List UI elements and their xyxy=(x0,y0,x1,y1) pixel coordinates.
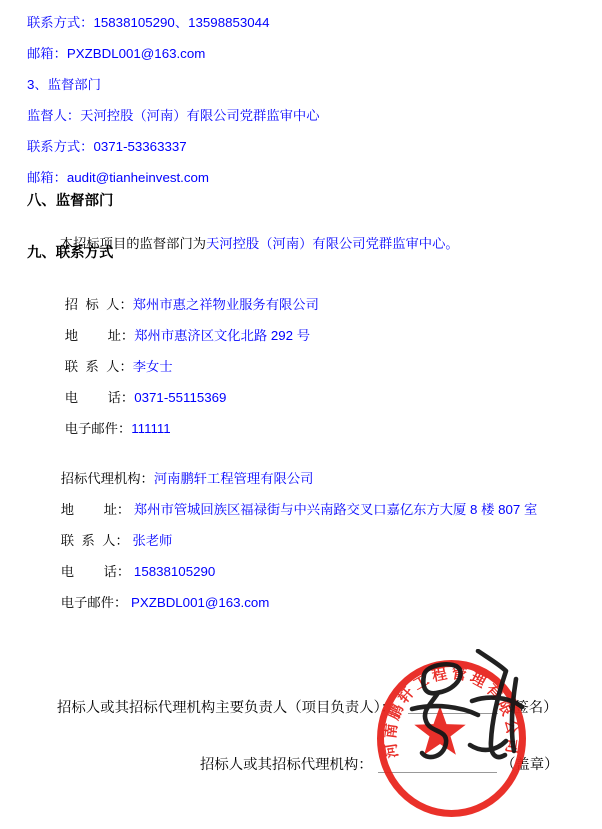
row-value: 张老师 xyxy=(129,533,173,548)
row-value: 李女士 xyxy=(133,359,173,374)
row-value: 郑州市惠之祥物业服务有限公司 xyxy=(133,297,319,312)
document-page: 联系方式：15838105290、13598853044 邮箱：PXZBDL00… xyxy=(0,0,602,829)
supervisor-contact-line: 联系方式：0371-53363337 xyxy=(27,139,187,154)
row-value: 郑州市管城回族区福禄街与中兴南路交叉口嘉亿东方大厦 8 楼 807 室 xyxy=(130,502,537,517)
tenderer-row-email: 电子邮件：111111 xyxy=(50,406,171,451)
org-seal-label: 招标人或其招标代理机构： xyxy=(200,758,373,773)
section-8-heading: 八、监督部门 xyxy=(27,194,113,209)
agency-row-email: 电子邮件： PXZBDL001@163.com xyxy=(46,580,269,625)
section-9-heading: 九、联系方式 xyxy=(27,246,113,261)
row-label: 联 系 人： xyxy=(61,533,129,548)
row-value: 15838105290 xyxy=(130,564,215,579)
top-contact-phone-line: 联系方式：15838105290、13598853044 xyxy=(27,15,269,30)
row-value: PXZBDL001@163.com xyxy=(127,595,269,610)
supervisor-email-line: 邮箱：audit@tianheinvest.com xyxy=(27,170,209,185)
responsible-person-label: 招标人或其招标代理机构主要负责人（项目负责人）： xyxy=(57,701,395,716)
company-seal-graphic: 河南鹏轩工程管理有限公司 xyxy=(374,649,532,821)
row-label: 电子邮件： xyxy=(65,421,131,436)
row-label: 地 址： xyxy=(61,502,130,517)
row-label: 联 系 人： xyxy=(65,359,133,374)
row-label: 电子邮件： xyxy=(61,595,127,610)
top-contact-email-line: 邮箱：PXZBDL001@163.com xyxy=(27,46,205,61)
row-label: 电 话： xyxy=(61,564,130,579)
row-value: 111111 xyxy=(131,421,170,436)
row-label: 招标代理机构： xyxy=(61,471,154,486)
supervisor-line: 监督人：天河控股（河南）有限公司党群监审中心 xyxy=(27,108,320,123)
row-value: 河南鹏轩工程管理有限公司 xyxy=(154,471,314,486)
company-seal: 河南鹏轩工程管理有限公司 xyxy=(374,649,532,821)
supervision-dept-subheading: 3、监督部门 xyxy=(27,77,101,92)
row-value: 郑州市惠济区文化北路 292 号 xyxy=(134,328,310,343)
row-label: 电 话： xyxy=(65,390,134,405)
row-label: 招 标 人： xyxy=(65,297,133,312)
row-label: 地 址： xyxy=(65,328,134,343)
row-value: 0371-55115369 xyxy=(134,390,226,405)
section-8-body-value: 天河控股（河南）有限公司党群监审中心。 xyxy=(206,236,459,251)
